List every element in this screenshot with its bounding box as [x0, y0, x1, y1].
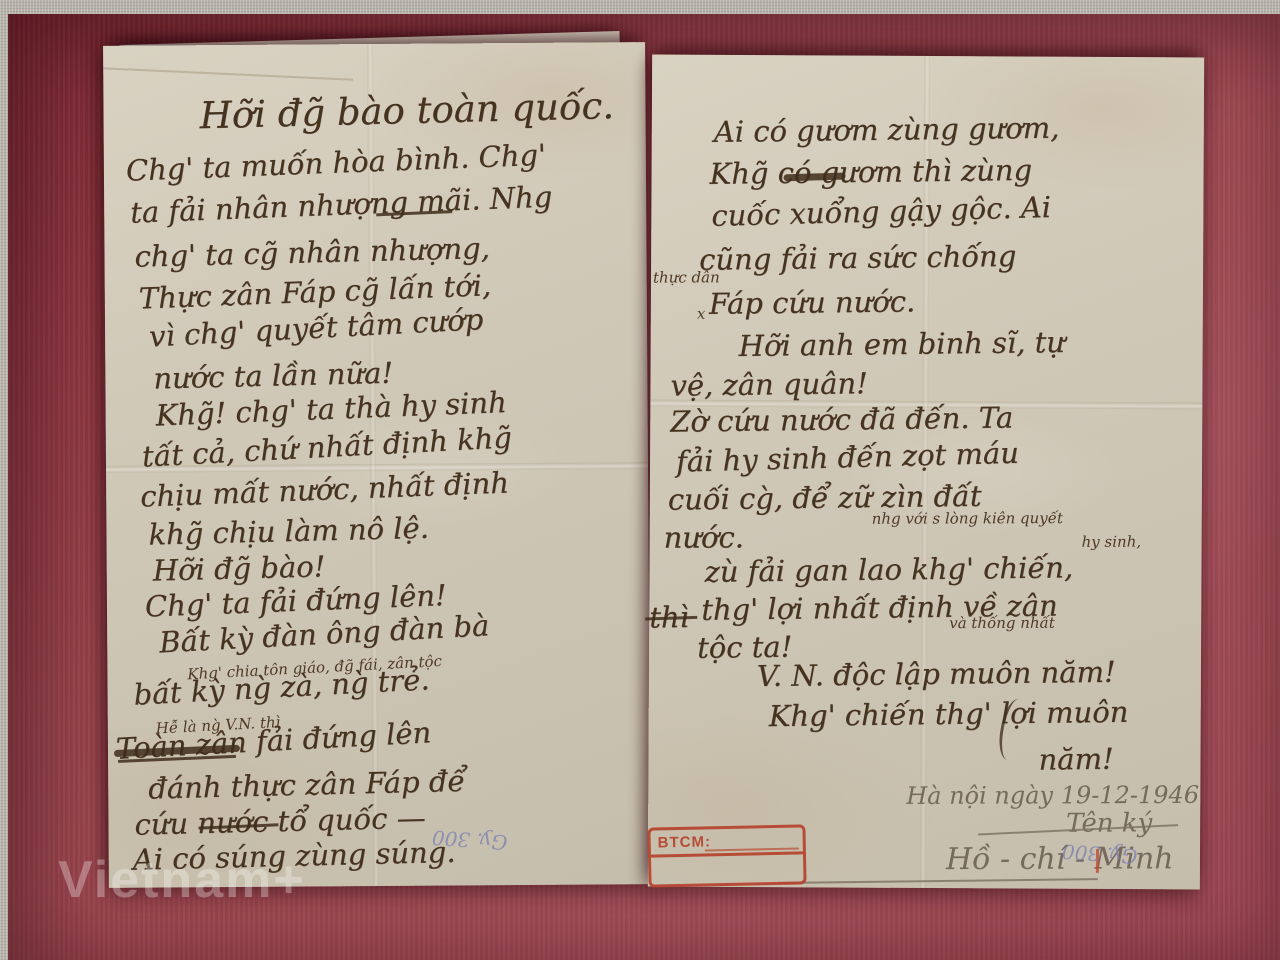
signature-label: Tên ký — [1066, 810, 1152, 838]
handwritten-line: cũng fải ra sức chống — [699, 241, 1017, 275]
handwritten-line: cuốc xuổng gậy gộc. Ai — [711, 192, 1051, 231]
page-title: Hỡi đg̃ bào toàn quốc. — [199, 87, 614, 136]
handwritten-line: nước ta lần nữa! — [153, 358, 393, 394]
handwritten-line: nước. — [664, 522, 744, 553]
vietnamplus-watermark: Vietnam+ — [58, 850, 306, 910]
interlinear-insertion: nhg với s lòng kiên quyết — [872, 511, 1063, 527]
btcm-museum-stamp: BTCM: — [647, 824, 806, 887]
signature: Hồ - chí - Minh — [946, 843, 1174, 875]
handwritten-line: Hỡi anh em binh sĩ, tự — [738, 327, 1065, 361]
handwritten-line: ta fải nhân nhượng mãi. Nhg — [130, 182, 553, 229]
handwritten-line: bất kỳ ng̀ zà, ng̀ trẻ. — [133, 664, 430, 710]
handwritten-line: khg̃ chịu làm nô lệ. — [148, 513, 429, 550]
interlinear-insertion: và thống nhất — [949, 616, 1055, 632]
handwritten-line: cứu nước tổ quốc — — [134, 803, 426, 841]
handwritten-line: chg' ta cg̃ nhân nhượng, — [134, 233, 490, 272]
margin-marker: x — [697, 307, 706, 323]
date-line: Hà nội ngày 19-12-1946 — [906, 783, 1199, 809]
handwritten-line: năm! — [1038, 744, 1113, 775]
manuscript-page-left: Hỡi đg̃ bào toàn quốc. Chg' ta muốn hòa … — [103, 42, 651, 888]
stamp-rule — [651, 851, 803, 857]
handwritten-line: Fáp cứu nước. — [709, 286, 916, 319]
fold-crease — [103, 67, 353, 80]
stamp-label: BTCM: — [658, 833, 712, 851]
handwritten-line: fải hy sinh đến zọt máu — [676, 438, 1020, 477]
photo-of-manuscript: Hỡi đg̃ bào toàn quốc. Chg' ta muốn hòa … — [0, 0, 1280, 960]
handwritten-line: Chg' ta muốn hòa bình. Chg' — [125, 140, 546, 187]
handwritten-line: đánh thực zân Fáp để — [148, 766, 466, 804]
signature-underline — [778, 878, 1098, 884]
handwritten-line: Ai có gươm zùng gươm, — [714, 113, 1060, 148]
manuscript-page-right: Ai có gươm zùng gươm, Khg̃ có gươm thì z… — [648, 55, 1204, 890]
handwritten-line: Khg̃ có gươm thì zùng — [709, 155, 1032, 189]
interlinear-insertion: hy sinh, — [1082, 535, 1142, 551]
margin-note: thực dân — [653, 270, 720, 286]
handwritten-line: V. N. độc lập muôn năm! — [757, 657, 1116, 692]
handwritten-line: chịu mất nước, nhất định — [140, 468, 510, 513]
handwritten-line: Khg' chiến thg' lợi muôn — [769, 697, 1129, 732]
handwritten-line: Zờ cứu nước đã đến. Ta — [670, 402, 1013, 437]
handwritten-line: zù fải gan lao khg' chiến, — [704, 552, 1073, 587]
handwritten-line: Hỡi đg̃ bào! — [152, 551, 325, 586]
handwritten-line: vệ, zân quân! — [670, 368, 868, 401]
